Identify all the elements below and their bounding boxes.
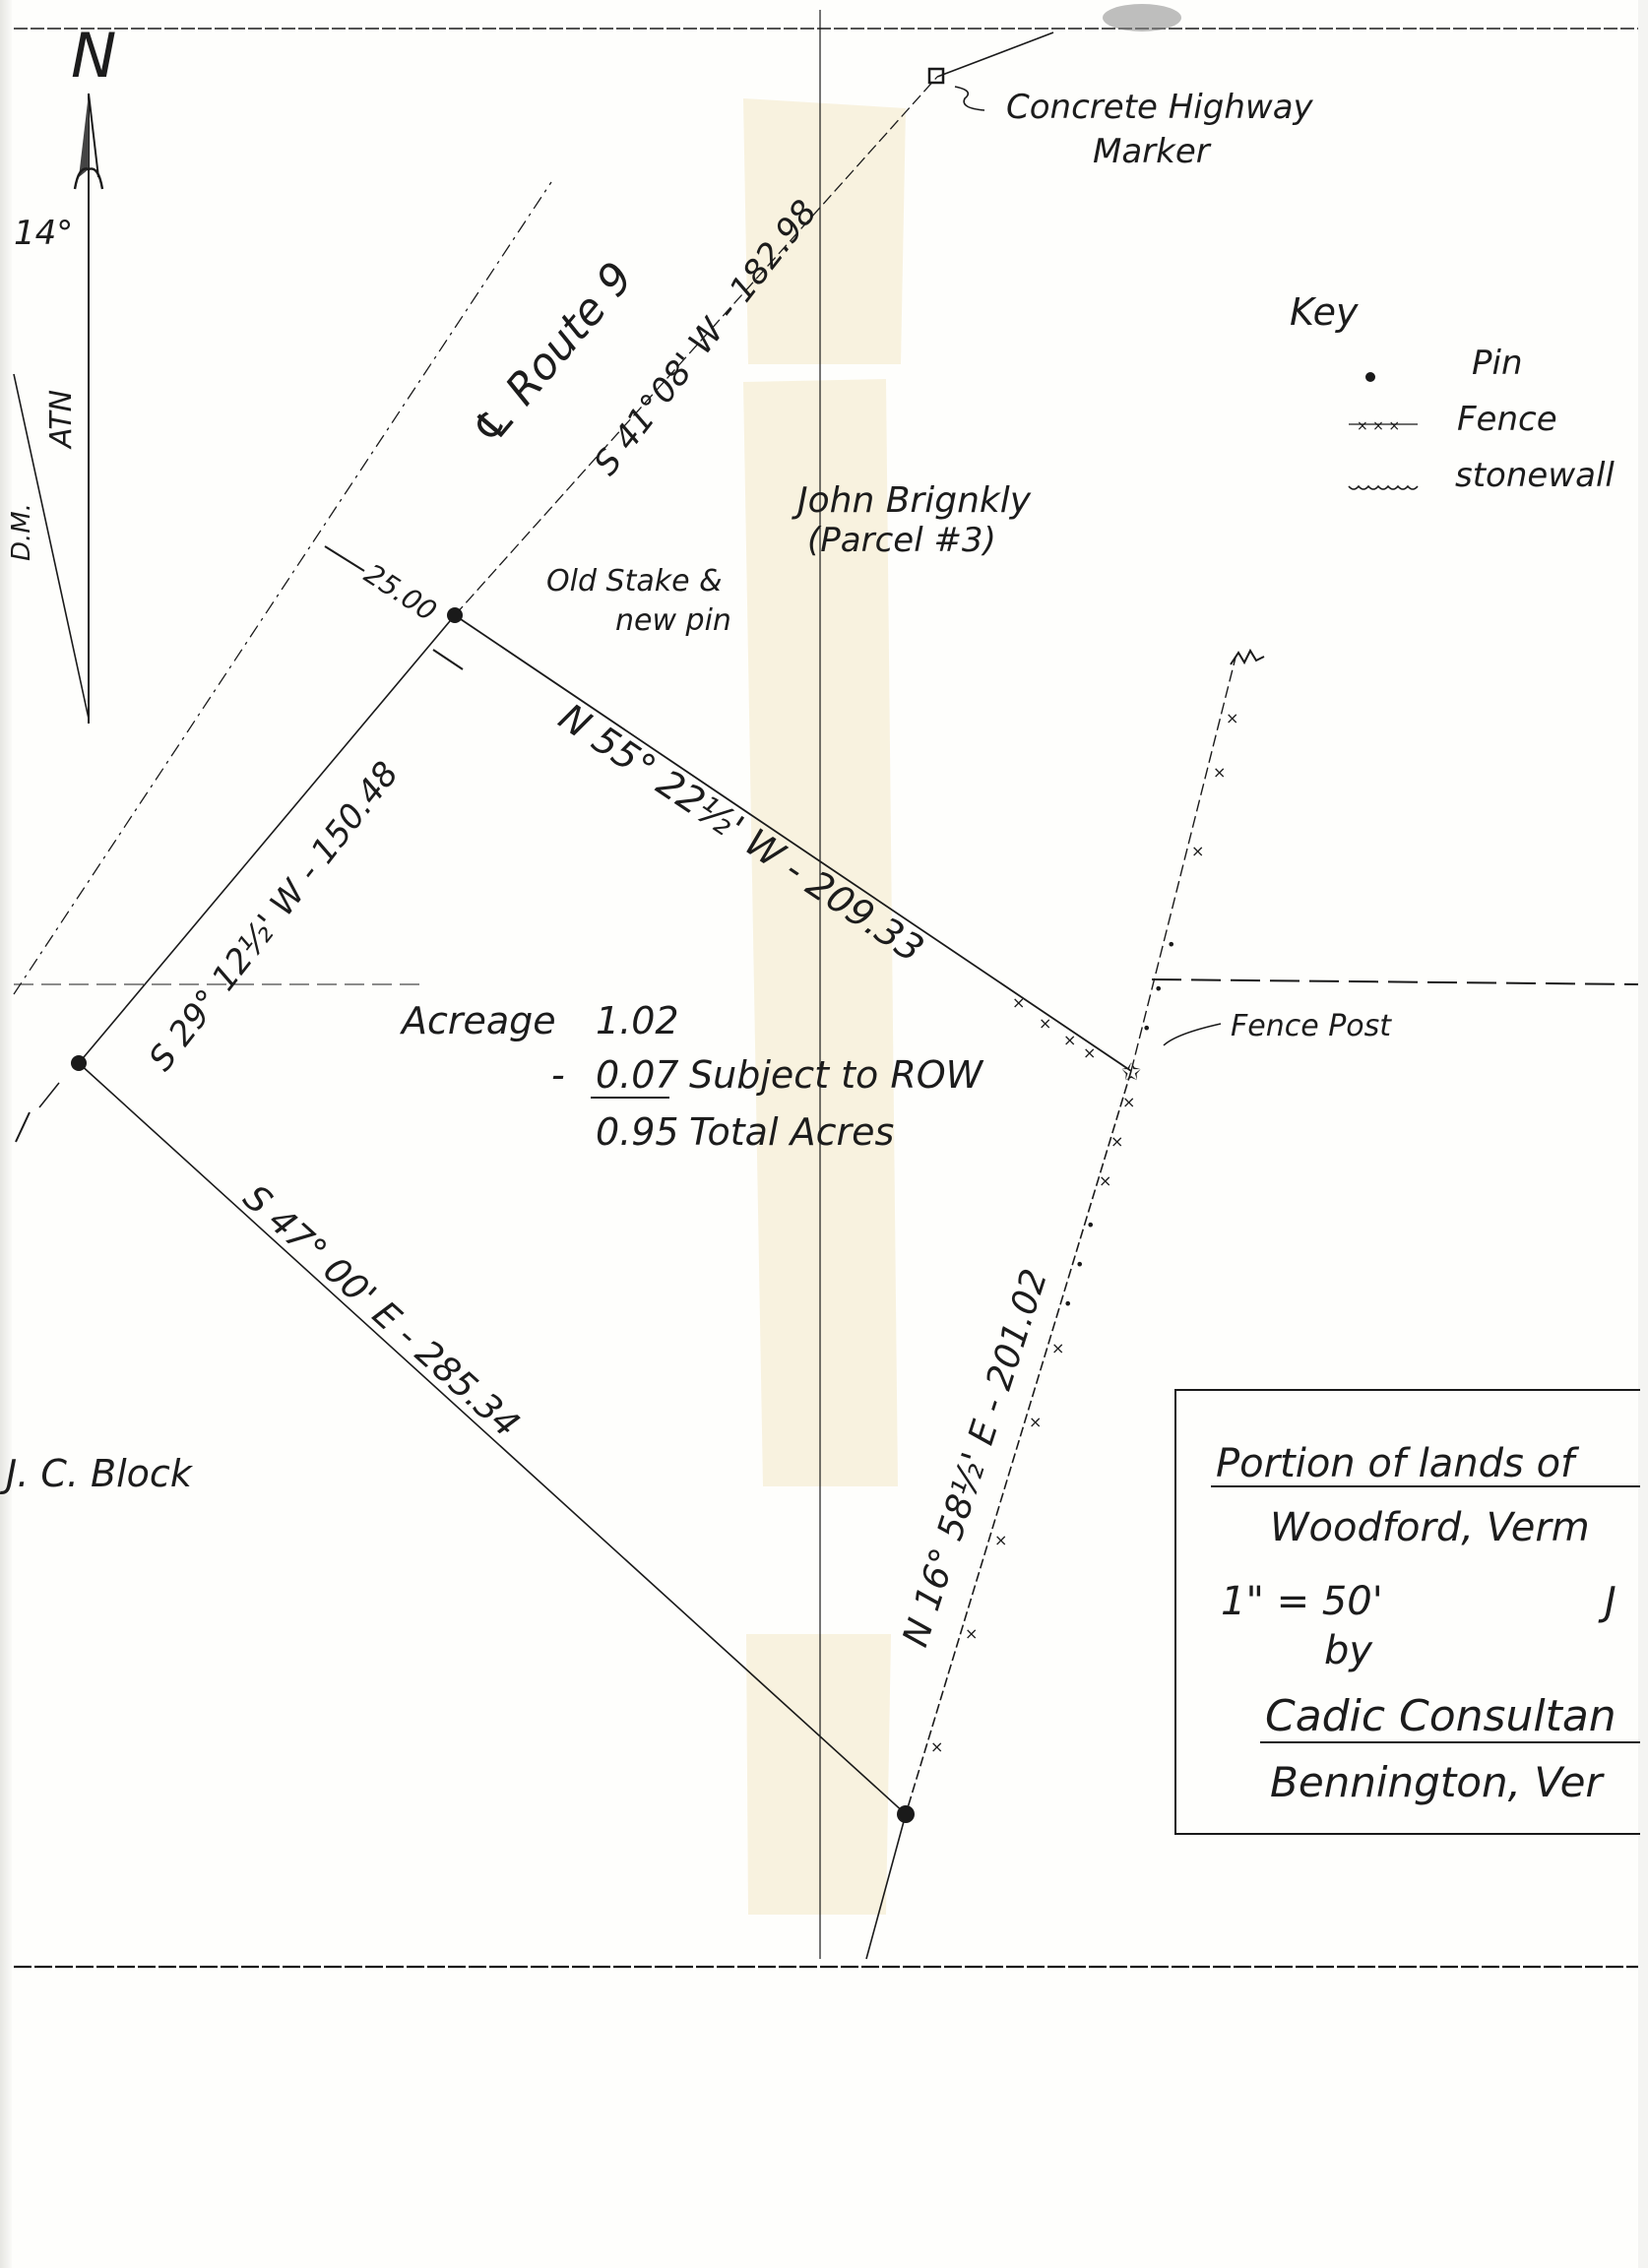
legend-stonewall-label: stonewall	[1455, 456, 1615, 495]
east-bearing-label: N 16° 58½' E - 201.02	[896, 1264, 1056, 1651]
svg-text:×: ×	[1122, 1093, 1135, 1111]
ink-smudge	[1103, 4, 1181, 31]
svg-text:×: ×	[1012, 993, 1025, 1012]
old-stake-label-line1: Old Stake &	[546, 564, 722, 598]
magnetic-north-label: D.M.	[7, 503, 36, 561]
title-by: by	[1324, 1628, 1373, 1673]
svg-text:×: ×	[1051, 1339, 1064, 1357]
stonewall-end-mark	[1231, 651, 1264, 664]
abutter-west-name: J. C. Block	[0, 1452, 194, 1495]
acreage-label: Acreage	[399, 999, 556, 1042]
acreage-net-label: Total Acres	[689, 1110, 894, 1154]
survey-drawing: N 14° ATN D.M. ℄ Route 9 25.00 Concrete …	[0, 0, 1648, 2268]
legend: Key Pin × × × Fence stonewall	[1290, 290, 1615, 495]
pin-icon-south	[897, 1805, 915, 1823]
title-line1: Portion of lands of	[1216, 1441, 1580, 1486]
marker-label-line2: Marker	[1093, 132, 1212, 171]
offset-label: 25.00	[358, 557, 442, 627]
svg-text:•: •	[1063, 1294, 1072, 1313]
old-stake-label-line2: new pin	[615, 603, 731, 638]
title-date-initial: J	[1598, 1579, 1616, 1624]
svg-text:×: ×	[1110, 1132, 1123, 1151]
acreage-minus: -	[551, 1053, 565, 1097]
svg-text:×: ×	[1191, 842, 1204, 860]
svg-text:×: ×	[1099, 1171, 1111, 1190]
north-arrow-head-outline	[89, 94, 98, 177]
acreage-gross: 1.02	[596, 999, 679, 1042]
pin-icon-west	[71, 1055, 87, 1071]
title-scale: 1" = 50'	[1221, 1579, 1383, 1624]
fence-north-extension	[1131, 658, 1236, 1071]
fence-post-label: Fence Post	[1231, 1009, 1392, 1043]
north-label: N	[71, 20, 116, 92]
svg-text:×: ×	[1063, 1031, 1076, 1049]
legend-title: Key	[1290, 290, 1359, 334]
svg-text:×: ×	[994, 1531, 1007, 1549]
declination-label: 14°	[14, 214, 73, 253]
boundary-tick	[39, 1083, 59, 1107]
offset-arrow-2	[433, 650, 463, 669]
boundary-northwest	[79, 615, 455, 1063]
acreage-net-value: 0.95	[596, 1110, 679, 1154]
acreage-block: Acreage 1.02 - 0.07 Subject to ROW 0.95 …	[399, 999, 984, 1154]
legend-stonewall-icon	[1349, 486, 1418, 489]
legend-fence-marks: × × ×	[1357, 418, 1400, 434]
abutter-north-name: John Brignkly	[792, 480, 1032, 521]
offset-arrow-1	[325, 546, 364, 571]
title-line2: Woodford, Verm	[1270, 1505, 1590, 1550]
svg-text:•: •	[1142, 1019, 1151, 1038]
svg-text:•: •	[1075, 1255, 1084, 1274]
acreage-row-value: 0.07	[596, 1053, 679, 1097]
svg-text:•: •	[1167, 935, 1175, 954]
abutter-north-parcel: (Parcel #3)	[807, 521, 996, 560]
boundary-east-fence	[906, 1071, 1131, 1814]
true-north-label: ATN	[44, 390, 79, 450]
svg-text:×: ×	[1039, 1014, 1051, 1033]
svg-text:×: ×	[1213, 763, 1226, 782]
svg-text:×: ×	[1083, 1043, 1096, 1062]
boundary-tick-2	[16, 1112, 30, 1142]
southwest-bearing-label: S 47° 00' E - 285.34	[235, 1177, 527, 1445]
acreage-row-label: Subject to ROW	[689, 1053, 984, 1097]
tape-strip-3	[746, 1634, 891, 1915]
fence-post-leader	[1164, 1024, 1221, 1045]
title-firm-location: Bennington, Ver	[1270, 1758, 1605, 1806]
parcel-boundary	[16, 615, 1236, 1959]
north-arrow-head-icon	[79, 94, 89, 177]
legend-pin-label: Pin	[1472, 344, 1523, 383]
legend-fence-label: Fence	[1457, 400, 1557, 439]
fold-crease-right	[1152, 979, 1638, 984]
svg-text:•: •	[1086, 1216, 1095, 1234]
svg-text:×: ×	[965, 1624, 978, 1643]
marker-label-line1: Concrete Highway	[1006, 88, 1314, 127]
fence-post-icon: ✩	[1121, 1058, 1141, 1086]
tape-strips	[743, 98, 906, 1915]
svg-text:•: •	[1154, 979, 1163, 998]
northwest-bearing-label: S 29° 12½' W - 150.48	[142, 754, 407, 1078]
pin-icon-north	[447, 607, 463, 623]
fence-marks: ×××× ××× ••• ××× ×× ••• ×××	[930, 709, 1238, 1756]
svg-text:×: ×	[1029, 1413, 1042, 1431]
marker-line-to-top	[937, 32, 1053, 77]
marker-leader	[955, 87, 984, 110]
title-firm: Cadic Consultan	[1265, 1691, 1616, 1741]
legend-pin-icon	[1365, 372, 1375, 382]
svg-text:×: ×	[1226, 709, 1238, 727]
svg-text:×: ×	[930, 1737, 943, 1756]
title-block: Portion of lands of Woodford, Verm 1" = …	[1175, 1390, 1640, 1834]
